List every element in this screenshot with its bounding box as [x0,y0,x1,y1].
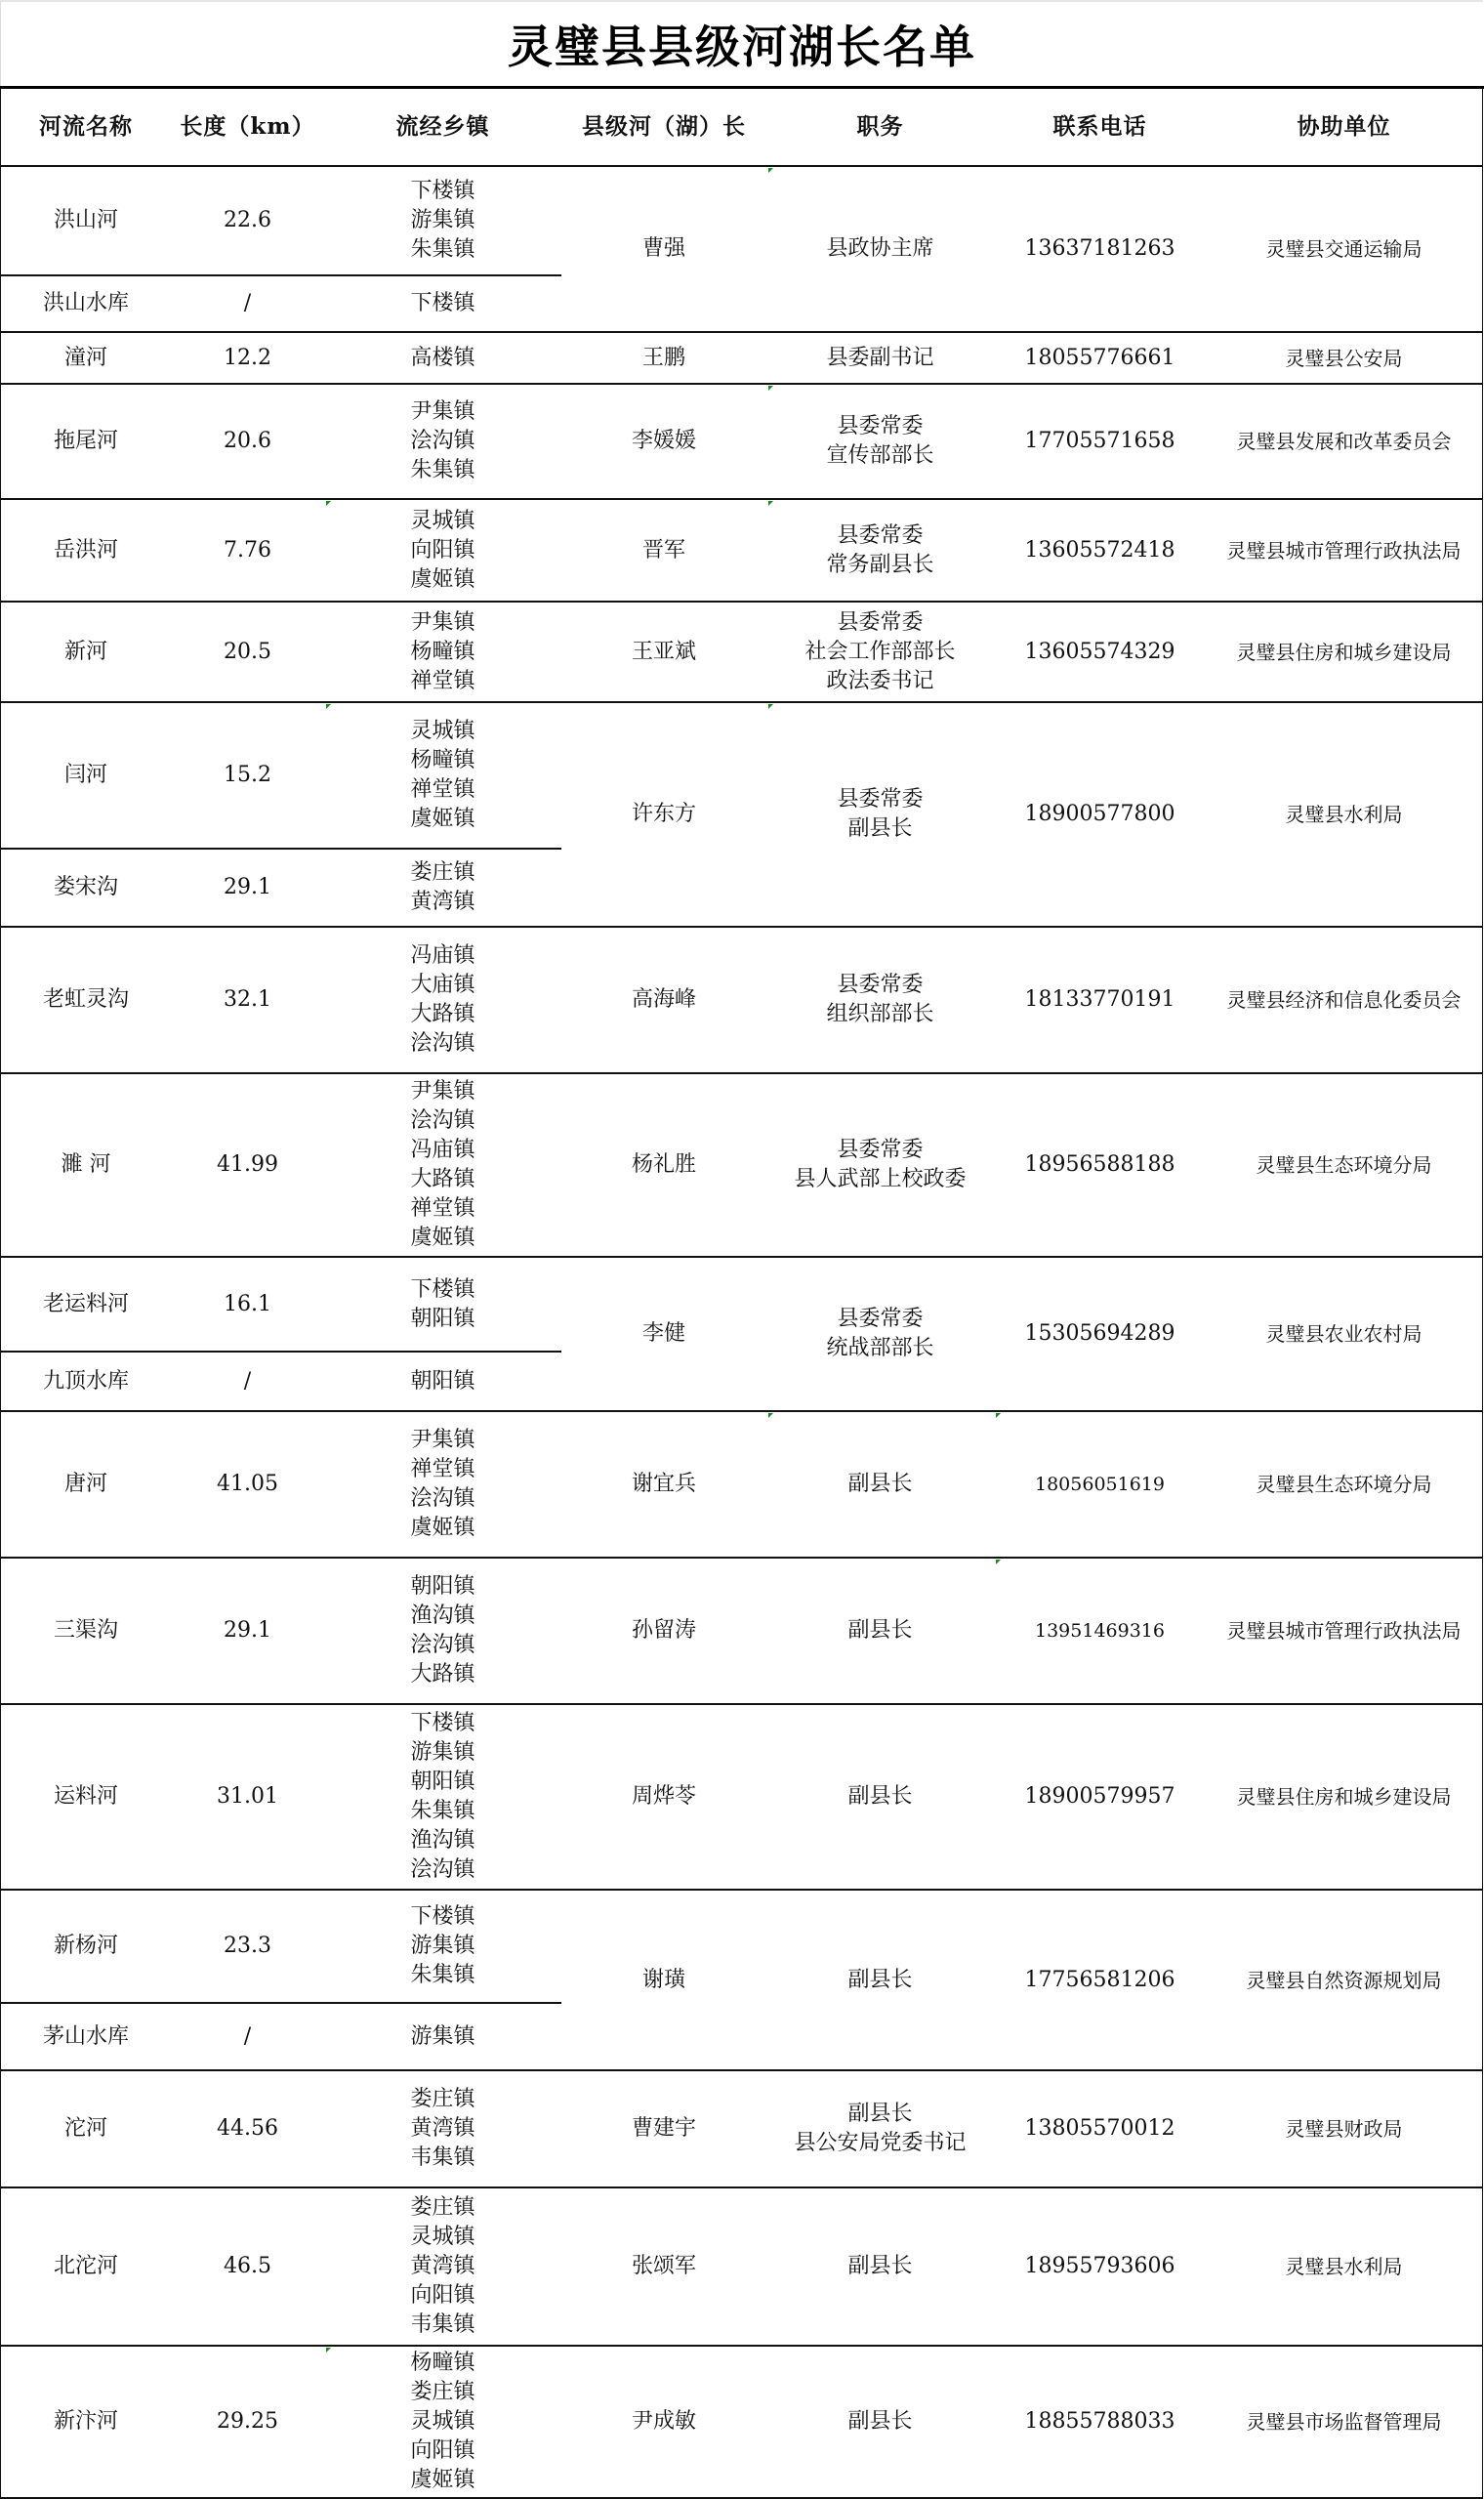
phone-cell: 13605572418 [994,500,1207,603]
assist-unit-cell: 灵璧县住房和城乡建设局 [1206,603,1483,703]
position-cell: 县委常委 县人武部上校政委 [766,1074,995,1258]
position-cell: 副县长 [766,1705,995,1891]
cell-comment-marker-icon [326,501,331,506]
chief-name-cell: 曹建宇 [561,2071,767,2188]
header-phone: 联系电话 [994,89,1207,167]
towns-cell: 下楼镇 朝阳镇 [324,1258,562,1353]
cell-comment-marker-icon [768,386,773,391]
phone-cell: 18955793606 [994,2188,1207,2347]
assist-unit-cell: 灵璧县自然资源规划局 [1206,1891,1483,2071]
phone-cell: 17705571658 [994,385,1207,500]
towns-cell: 下楼镇 游集镇 朱集镇 [324,167,562,276]
towns-cell: 娄庄镇 灵城镇 黄湾镇 向阳镇 韦集镇 [324,2188,562,2347]
position-cell: 副县长 [766,1559,995,1705]
chief-name-cell: 李媛媛 [561,385,767,500]
length-cell: 31.01 [171,1705,325,1891]
towns-cell: 朝阳镇 渔沟镇 浍沟镇 大路镇 [324,1559,562,1705]
position-cell: 县委常委 社会工作部部长 政法委书记 [766,603,995,703]
towns-cell: 灵城镇 杨疃镇 禅堂镇 虞姬镇 [324,703,562,850]
chief-name-cell: 许东方 [561,703,767,928]
assist-unit-cell: 灵璧县财政局 [1206,2071,1483,2188]
chief-name-cell: 谢璜 [561,1891,767,2071]
cell-comment-marker-icon [996,1560,1001,1564]
cell-comment-marker-icon [326,704,331,709]
river-name-cell: 岳洪河 [0,500,172,603]
river-name-cell: 娄宋沟 [0,850,172,928]
header-towns: 流经乡镇 [324,89,562,167]
river-name-cell: 唐河 [0,1412,172,1559]
river-name-cell: 闫河 [0,703,172,850]
length-cell: 32.1 [171,928,325,1074]
length-cell: / [171,1353,325,1412]
towns-cell: 尹集镇 浍沟镇 冯庙镇 大路镇 禅堂镇 虞姬镇 [324,1074,562,1258]
length-cell: / [171,2004,325,2071]
assist-unit-cell: 灵璧县交通运输局 [1206,167,1483,333]
towns-cell: 尹集镇 杨疃镇 禅堂镇 [324,603,562,703]
cell-comment-marker-icon [768,1413,773,1418]
river-name-cell: 拖尾河 [0,385,172,500]
chief-name-cell: 张颂军 [561,2188,767,2347]
length-cell: 15.2 [171,703,325,850]
river-name-cell: 老虹灵沟 [0,928,172,1074]
cell-comment-marker-icon [768,704,773,709]
river-name-cell: 沱河 [0,2071,172,2188]
towns-cell: 高楼镇 [324,333,562,385]
towns-cell: 尹集镇 浍沟镇 朱集镇 [324,385,562,500]
assist-unit-cell: 灵璧县生态环境分局 [1206,1074,1483,1258]
chief-name-cell: 李健 [561,1258,767,1412]
phone-cell: 18900579957 [994,1705,1207,1891]
river-name-cell: 九顶水库 [0,1353,172,1412]
cell-comment-marker-icon [768,168,773,173]
header-chief: 县级河（湖）长 [561,89,767,167]
length-cell: 29.1 [171,1559,325,1705]
chief-name-cell: 周烨苓 [561,1705,767,1891]
phone-cell: 18956588188 [994,1074,1207,1258]
length-cell: 16.1 [171,1258,325,1353]
chief-name-cell: 王鹏 [561,333,767,385]
position-cell: 县委副书记 [766,333,995,385]
position-cell: 县委常委 副县长 [766,703,995,928]
length-cell: 46.5 [171,2188,325,2347]
towns-cell: 游集镇 [324,2004,562,2071]
towns-cell: 朝阳镇 [324,1353,562,1412]
header-position: 职务 [766,89,995,167]
assist-unit-cell: 灵璧县水利局 [1206,703,1483,928]
length-cell: 22.6 [171,167,325,276]
phone-cell: 18055776661 [994,333,1207,385]
assist-unit-cell: 灵璧县水利局 [1206,2188,1483,2347]
position-cell: 县政协主席 [766,167,995,333]
header-river-name: 河流名称 [0,89,172,167]
page-title: 灵璧县县级河湖长名单 [0,0,1483,86]
chief-name-cell: 尹成敏 [561,2347,767,2499]
length-cell: 41.05 [171,1412,325,1559]
river-name-cell: 新河 [0,603,172,703]
length-cell: 44.56 [171,2071,325,2188]
river-name-cell: 老运料河 [0,1258,172,1353]
towns-cell: 娄庄镇 黄湾镇 [324,850,562,928]
position-cell: 县委常委 统战部部长 [766,1258,995,1412]
position-cell: 县委常委 常务副县长 [766,500,995,603]
river-name-cell: 茅山水库 [0,2004,172,2071]
towns-cell: 冯庙镇 大庙镇 大路镇 浍沟镇 [324,928,562,1074]
header-assist-unit: 协助单位 [1206,89,1483,167]
towns-cell: 尹集镇 禅堂镇 浍沟镇 虞姬镇 [324,1412,562,1559]
phone-cell: 13637181263 [994,167,1207,333]
chief-name-cell: 曹强 [561,167,767,333]
cell-comment-marker-icon [326,2348,331,2353]
phone-cell: 17756581206 [994,1891,1207,2071]
river-name-cell: 新汴河 [0,2347,172,2499]
river-name-cell: 三渠沟 [0,1559,172,1705]
river-name-cell: 运料河 [0,1705,172,1891]
chief-name-cell: 杨礼胜 [561,1074,767,1258]
phone-cell: 13605574329 [994,603,1207,703]
towns-cell: 下楼镇 游集镇 朝阳镇 朱集镇 渔沟镇 浍沟镇 [324,1705,562,1891]
assist-unit-cell: 灵璧县市场监督管理局 [1206,2347,1483,2499]
assist-unit-cell: 灵璧县城市管理行政执法局 [1206,500,1483,603]
chief-name-cell: 孙留涛 [561,1559,767,1705]
river-chief-sheet: 灵璧县县级河湖长名单 河流名称长度（km）流经乡镇县级河（湖）长职务联系电话协助… [0,0,1484,2499]
position-cell: 副县长 [766,2347,995,2499]
river-name-cell: 潼河 [0,333,172,385]
position-cell: 副县长 [766,1412,995,1559]
length-cell: / [171,276,325,333]
phone-cell: 13951469316 [994,1559,1207,1705]
length-cell: 20.6 [171,385,325,500]
length-cell: 29.25 [171,2347,325,2499]
phone-cell: 18056051619 [994,1412,1207,1559]
towns-cell: 灵城镇 向阳镇 虞姬镇 [324,500,562,603]
position-cell: 副县长 县公安局党委书记 [766,2071,995,2188]
cell-comment-marker-icon [996,1413,1001,1418]
chief-name-cell: 谢宜兵 [561,1412,767,1559]
phone-cell: 18133770191 [994,928,1207,1074]
position-cell: 副县长 [766,1891,995,2071]
length-cell: 7.76 [171,500,325,603]
length-cell: 20.5 [171,603,325,703]
towns-cell: 娄庄镇 黄湾镇 韦集镇 [324,2071,562,2188]
position-cell: 副县长 [766,2188,995,2347]
towns-cell: 杨疃镇 娄庄镇 灵城镇 向阳镇 虞姬镇 [324,2347,562,2499]
towns-cell: 下楼镇 游集镇 朱集镇 [324,1891,562,2004]
length-cell: 12.2 [171,333,325,385]
phone-cell: 13805570012 [994,2071,1207,2188]
length-cell: 29.1 [171,850,325,928]
phone-cell: 18855788033 [994,2347,1207,2499]
position-cell: 县委常委 组织部部长 [766,928,995,1074]
assist-unit-cell: 灵璧县经济和信息化委员会 [1206,928,1483,1074]
chief-name-cell: 晋军 [561,500,767,603]
position-cell: 县委常委 宣传部部长 [766,385,995,500]
phone-cell: 15305694289 [994,1258,1207,1412]
river-name-cell: 北沱河 [0,2188,172,2347]
assist-unit-cell: 灵璧县发展和改革委员会 [1206,385,1483,500]
river-name-cell: 洪山水库 [0,276,172,333]
length-cell: 41.99 [171,1074,325,1258]
assist-unit-cell: 灵璧县公安局 [1206,333,1483,385]
chief-name-cell: 王亚斌 [561,603,767,703]
assist-unit-cell: 灵璧县生态环境分局 [1206,1412,1483,1559]
assist-unit-cell: 灵璧县住房和城乡建设局 [1206,1705,1483,1891]
header-length: 长度（km） [171,89,325,167]
assist-unit-cell: 灵璧县农业农村局 [1206,1258,1483,1412]
phone-cell: 18900577800 [994,703,1207,928]
river-name-cell: 新杨河 [0,1891,172,2004]
chief-name-cell: 高海峰 [561,928,767,1074]
length-cell: 23.3 [171,1891,325,2004]
assist-unit-cell: 灵璧县城市管理行政执法局 [1206,1559,1483,1705]
river-name-cell: 濉 河 [0,1074,172,1258]
river-name-cell: 洪山河 [0,167,172,276]
cell-comment-marker-icon [768,501,773,506]
towns-cell: 下楼镇 [324,276,562,333]
